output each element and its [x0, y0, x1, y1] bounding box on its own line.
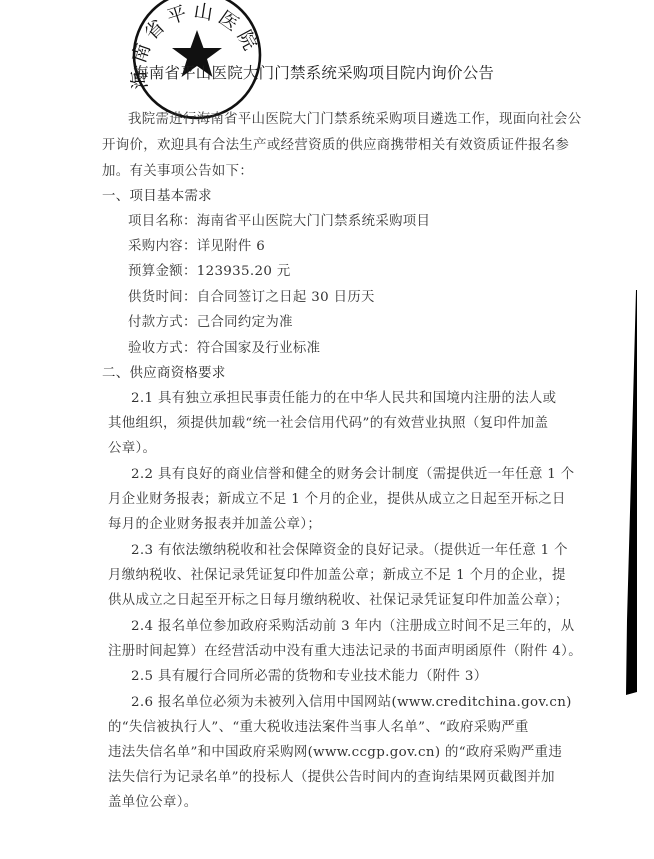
- document-title: 海南省平山医院大门门禁系统采购项目院内询价公告: [133, 63, 494, 83]
- clause-2-3-line-3: 供从成立之日起至开标之日每月缴纳税收、社保记录凭证复印件加盖公章）；: [108, 592, 568, 610]
- clause-2-6-line-4: 法失信行为记录名单”的投标人（提供公告时间内的查询结果网页截图并加: [108, 769, 555, 787]
- intro-line-1: 我院需进行海南省平山医院大门门禁系统采购项目遴选工作，现面向社会公: [128, 111, 581, 129]
- intro-line-2: 开询价，欢迎具有合法生产或经营资质的供应商携带相关有效资质证件报名参: [102, 137, 569, 155]
- item-project-name: 项目名称：海南省平山医院大门门禁系统采购项目: [128, 213, 430, 231]
- item-budget: 预算金额：123935.20 元: [128, 263, 291, 281]
- scanned-document-page: 海南省平山医院 海南省平山医院大门门禁系统采购项目院内询价公告 我院需进行海南省…: [0, 0, 654, 859]
- clause-2-3-line-1: 2.3 有依法缴纳税收和社会保障资金的良好记录。（提供近一年任意 1 个: [131, 542, 568, 560]
- item-acceptance-method: 验收方式：符合国家及行业标准: [128, 340, 320, 358]
- item-delivery-time: 供货时间：自合同签订之日起 30 日历天: [128, 289, 375, 307]
- clause-2-6-line-2: 的“失信被执行人”、“重大税收违法案件当事人名单”、“政府采购严重: [108, 719, 529, 737]
- intro-line-3: 加。有关事项公告如下：: [102, 163, 253, 181]
- clause-2-2-line-2: 月企业财务报表；新成立不足 1 个月的企业，提供从成立之日起至开标之日: [108, 491, 566, 509]
- clause-2-1-line-2: 其他组织，须提供加载“统一社会信用代码”的有效营业执照（复印件加盖: [108, 415, 548, 433]
- section-2-heading: 二、供应商资格要求: [102, 365, 226, 383]
- clause-2-2-line-3: 每月的企业财务报表并加盖公章）；: [108, 516, 321, 534]
- clause-2-6-line-3: 违法失信名单”和中国政府采购网(www.ccgp.gov.cn) 的“政府采购严…: [108, 744, 562, 762]
- item-purchase-content: 采购内容：详见附件 6: [128, 238, 265, 256]
- official-seal-stamp: 海南省平山医院: [130, 0, 264, 122]
- clause-2-4-line-2: 注册时间起算）在经营活动中没有重大违法记录的书面声明函原件（附件 4）。: [108, 643, 582, 661]
- section-1-heading: 一、项目基本需求: [102, 188, 212, 206]
- clause-2-1-line-1: 2.1 具有独立承担民事责任能力的在中华人民共和国境内注册的法人或: [131, 390, 556, 408]
- clause-2-1-line-3: 公章）。: [108, 440, 156, 458]
- clause-2-5-line-1: 2.5 具有履行合同所必需的货物和专业技术能力（附件 3）: [131, 668, 487, 686]
- clause-2-4-line-1: 2.4 报名单位参加政府采购活动前 3 年内（注册成立时间不足三年的，从: [131, 618, 575, 636]
- clause-2-6-line-1: 2.6 报名单位必须为未被列入信用中国网站(www.creditchina.go…: [131, 694, 572, 712]
- scan-edge-shadow: [624, 290, 638, 695]
- clause-2-2-line-1: 2.2 具有良好的商业信誉和健全的财务会计制度（需提供近一年任意 1 个: [131, 466, 575, 484]
- item-payment-method: 付款方式：己合同约定为准: [128, 314, 293, 332]
- clause-2-6-line-5: 盖单位公章）。: [108, 794, 197, 812]
- clause-2-3-line-2: 月缴纳税收、社保记录凭证复印件加盖公章；新成立不足 1 个月的企业，提: [108, 567, 566, 585]
